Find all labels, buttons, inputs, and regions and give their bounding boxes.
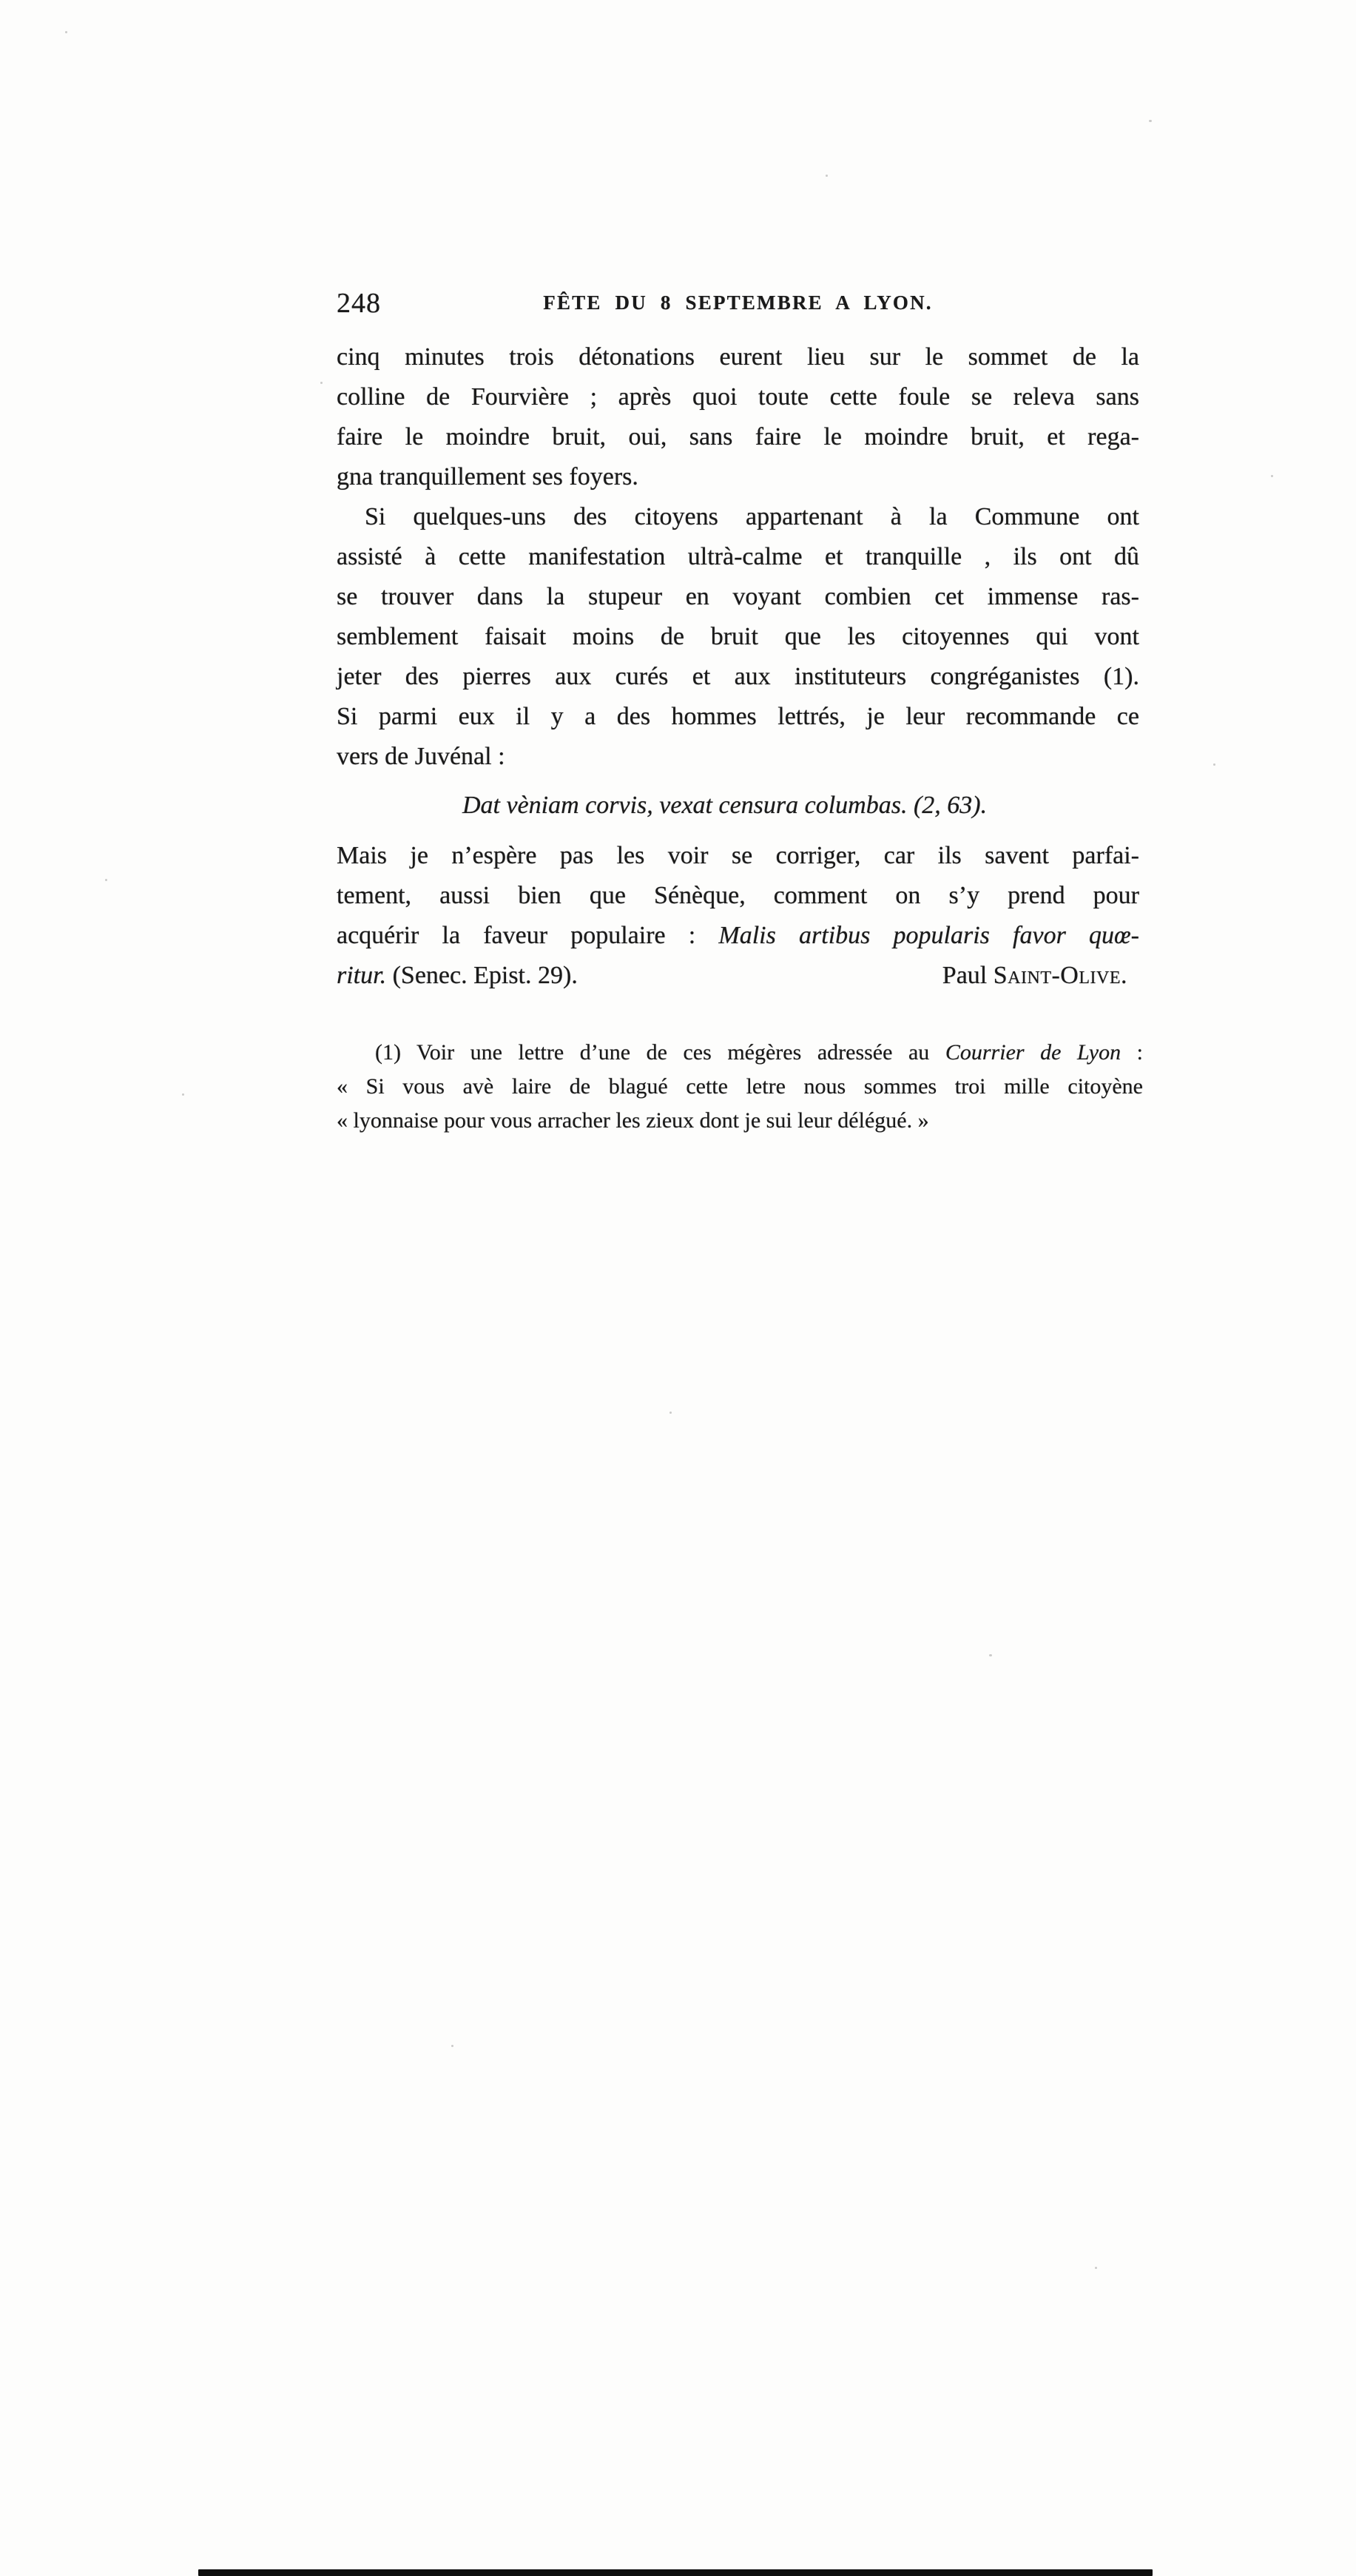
scan-speck [1213, 763, 1215, 766]
signature-line: ritur. (Senec. Epist. 29). Paul Saint-Ol… [337, 956, 1139, 996]
scan-speck [1149, 120, 1152, 122]
body-line: se trouver dans la stupeur en voyant com… [337, 577, 1139, 617]
body-text-segment: acquérir la faveur populaire : [337, 922, 718, 949]
footnote: (1) Voir une lettre d’une de ces mégères… [337, 1036, 1143, 1138]
author-signature: Paul Saint-Olive. [942, 956, 1127, 996]
latin-quote-segment: ritur. [337, 962, 386, 989]
scan-speck [1271, 475, 1273, 477]
verse-quote: Dat vèniam corvis, vexat censura columba… [462, 786, 1139, 826]
citation-source: (Senec. Epist. 29). [386, 962, 578, 989]
body-line: cinq minutes trois détonations eurent li… [337, 337, 1139, 377]
scan-speck [451, 2045, 453, 2047]
book-page: 248 FÊTE DU 8 SEPTEMBRE A LYON. cinq min… [0, 0, 1356, 2576]
page-header: 248 FÊTE DU 8 SEPTEMBRE A LYON. [337, 286, 1139, 321]
body-line: gna tranquillement ses foyers. [337, 457, 1139, 497]
scan-speck [182, 1093, 184, 1096]
footnote-text-segment: (1) Voir une lettre d’une de ces mégères… [375, 1040, 945, 1065]
author-first-name: Paul [942, 962, 994, 989]
running-title: FÊTE DU 8 SEPTEMBRE A LYON. [337, 291, 1139, 314]
latin-quote-segment: Malis artibus popularis favor quœ- [718, 922, 1139, 949]
body-line: vers de Juvénal : [337, 737, 1139, 777]
scan-speck [320, 382, 323, 384]
body-line: semblement faisait moins de bruit que le… [337, 617, 1139, 657]
footnote-line: (1) Voir une lettre d’une de ces mégères… [337, 1036, 1143, 1070]
page-body: cinq minutes trois détonations eurent li… [337, 337, 1139, 996]
body-line: faire le moindre bruit, oui, sans faire … [337, 417, 1139, 457]
scan-edge-bar [198, 2569, 1153, 2576]
citation: ritur. (Senec. Epist. 29). [337, 956, 578, 996]
scan-speck [826, 175, 828, 177]
scan-speck [989, 1654, 992, 1656]
body-line: colline de Fourvière ; après quoi toute … [337, 377, 1139, 417]
footnote-line: « Si vous avè laire de blagué cette letr… [337, 1070, 1143, 1104]
scan-speck [669, 1412, 672, 1414]
scan-speck [1095, 2267, 1097, 2269]
body-line: acquérir la faveur populaire : Malis art… [337, 916, 1139, 956]
author-family-name: Saint-Olive. [994, 962, 1127, 989]
scan-speck [65, 31, 67, 33]
footnote-line: « lyonnaise pour vous arracher les zieux… [337, 1104, 1143, 1138]
scan-speck [105, 879, 107, 881]
body-line: Si quelques-uns des citoyens appartenant… [337, 497, 1139, 537]
body-line: Mais je n’espère pas les voir se corrige… [337, 836, 1139, 876]
body-line: jeter des pierres aux curés et aux insti… [337, 657, 1139, 697]
body-line: assisté à cette manifestation ultrà-calm… [337, 537, 1139, 577]
footnote-text-segment: : [1121, 1040, 1143, 1065]
body-line: tement, aussi bien que Sénèque, comment … [337, 876, 1139, 916]
body-line: Si parmi eux il y a des hommes lettrés, … [337, 697, 1139, 737]
journal-name: Courrier de Lyon [945, 1040, 1121, 1065]
